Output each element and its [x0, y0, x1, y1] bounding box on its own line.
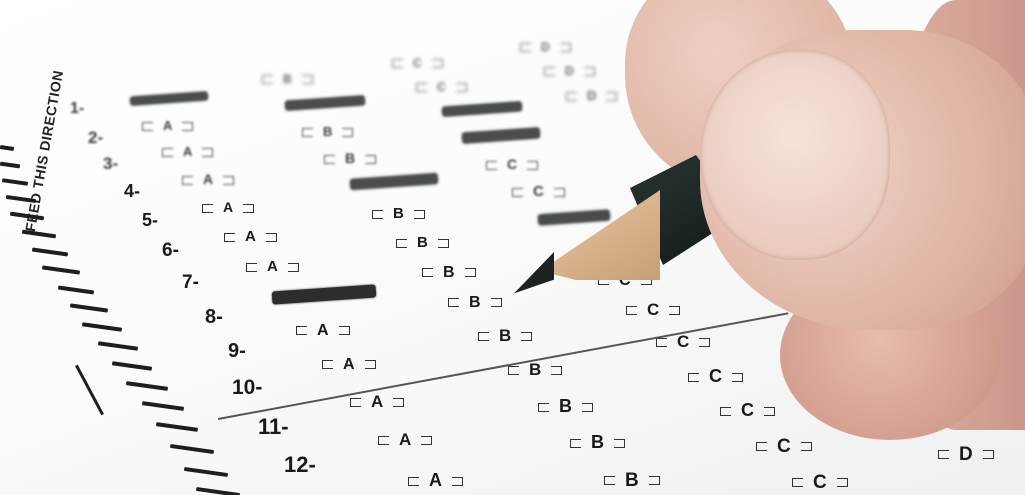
feed-arrow-line	[75, 365, 104, 416]
bubble-b: B	[448, 294, 502, 312]
bubble-c: C	[512, 183, 565, 200]
bubble-a: A	[246, 258, 299, 275]
bubble-a: A	[350, 392, 404, 412]
bubble-d: D	[544, 64, 595, 78]
bubble-a: A	[142, 118, 193, 133]
bubble-b: B	[372, 205, 425, 222]
question-number: 11-	[258, 414, 289, 440]
filled-bubble	[462, 127, 541, 143]
answer-sheet-photo: FEED THIS DIRECTION 1- 2- 3-	[0, 0, 1025, 495]
bubble-c: C	[416, 80, 467, 94]
filled-bubble	[130, 91, 208, 105]
bubble-b: B	[478, 326, 532, 346]
question-number: 10-	[232, 376, 262, 400]
question-number: 8-	[205, 306, 223, 329]
bubble-b: B	[262, 72, 313, 86]
question-number: 9-	[228, 340, 246, 363]
bubble-a: A	[182, 171, 234, 187]
bubble-b: B	[604, 470, 660, 492]
bubble-d: D	[938, 444, 994, 466]
bubble-b: B	[302, 124, 353, 139]
question-number: 12-	[284, 452, 316, 478]
thumbnail	[700, 50, 890, 260]
filled-bubble	[285, 95, 366, 111]
bubble-c: C	[486, 156, 538, 172]
bubble-c: C	[720, 400, 775, 421]
filled-bubble	[442, 101, 523, 117]
filled-bubble	[350, 173, 439, 190]
bubble-b: B	[324, 150, 376, 166]
bubble-a: A	[296, 322, 350, 340]
question-number: 4-	[124, 181, 140, 202]
bubble-c: C	[792, 472, 848, 494]
bubble-b: B	[570, 432, 625, 453]
bubble-c: C	[756, 436, 812, 458]
filled-bubble	[272, 284, 377, 304]
question-number: 1-	[70, 100, 84, 118]
question-number: 7-	[182, 272, 199, 294]
bubble-c: C	[392, 56, 443, 70]
bubble-a: A	[378, 430, 432, 450]
feed-direction-label: FEED THIS DIRECTION	[22, 69, 66, 233]
bubble-d: D	[566, 88, 617, 103]
question-number: 2-	[88, 128, 103, 148]
question-number: 3-	[103, 154, 118, 174]
bubble-a: A	[162, 144, 213, 159]
bubble-a: A	[408, 470, 463, 491]
bubble-a: A	[322, 356, 376, 374]
bubble-b: B	[396, 234, 449, 251]
bubble-d: D	[520, 40, 571, 54]
bubble-a: A	[224, 228, 277, 245]
bubble-a: A	[202, 199, 254, 215]
question-number: 5-	[142, 210, 158, 231]
bubble-c: C	[626, 300, 680, 320]
question-number: 6-	[162, 240, 179, 262]
bubble-c: C	[688, 366, 743, 387]
bubble-b: B	[422, 264, 476, 282]
bubble-b: B	[538, 396, 593, 417]
filled-bubble	[538, 210, 611, 226]
